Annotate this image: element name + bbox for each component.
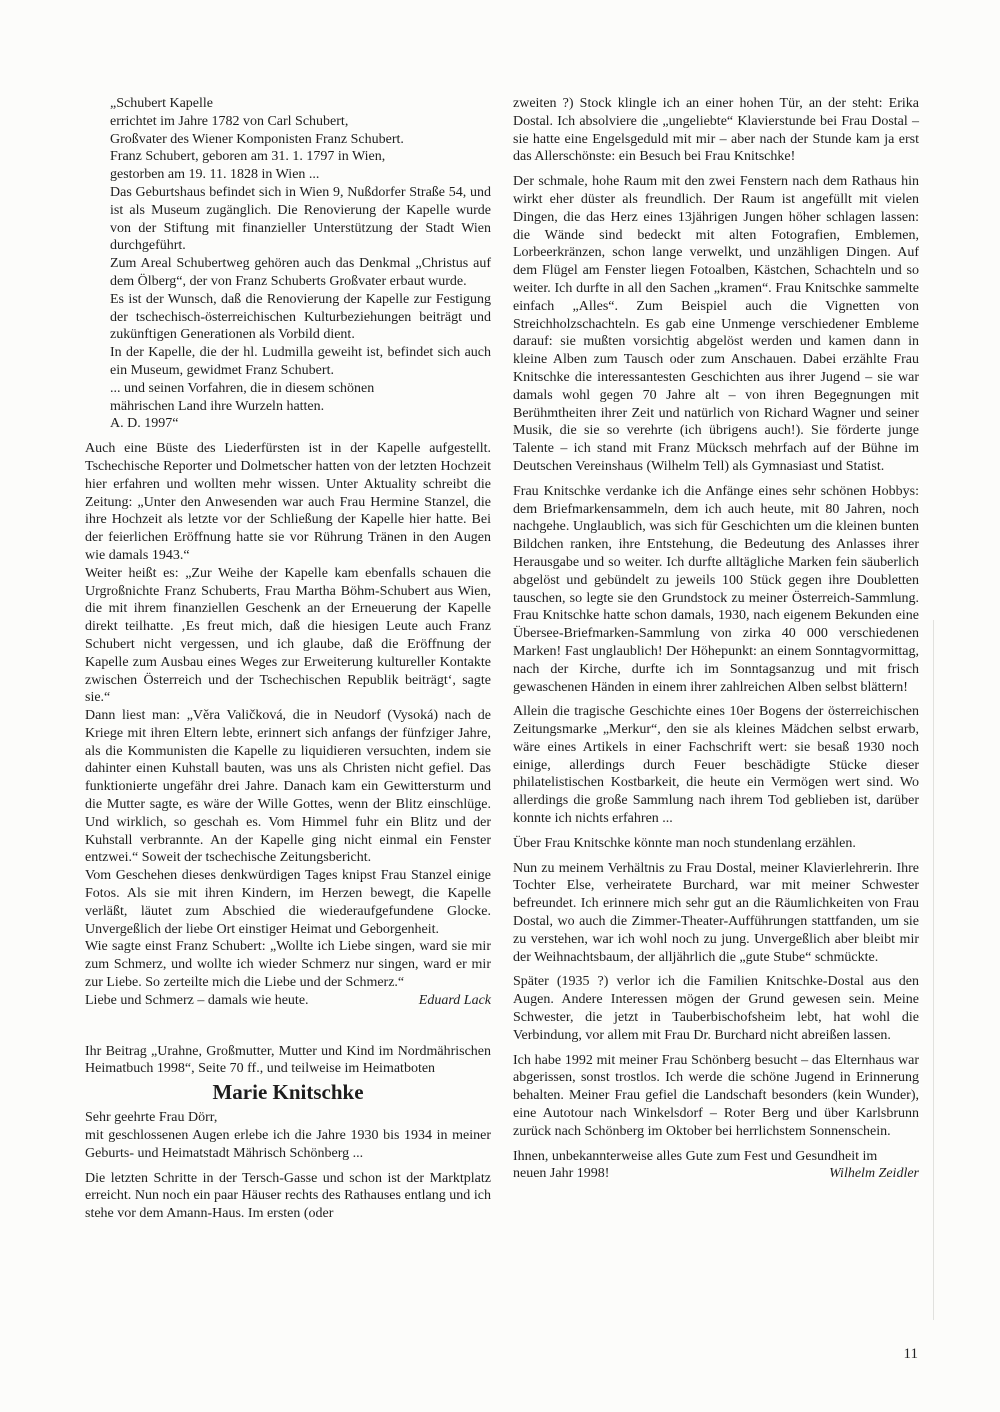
author-name: Wilhelm Zeidler: [817, 1165, 919, 1183]
quote-line: Großvater des Wiener Komponisten Franz S…: [110, 131, 491, 149]
quote-line: Es ist der Wunsch, daß die Renovierung d…: [110, 291, 491, 344]
letter-signature-row: neuen Jahr 1998! Wilhelm Zeidler: [513, 1165, 919, 1183]
page-number: 11: [904, 1346, 918, 1364]
quote-line: gestorben am 19. 11. 1828 in Wien ...: [110, 166, 491, 184]
quote-line: A. D. 1997“: [110, 415, 491, 433]
schubert-chapel-quote: „Schubert Kapelle errichtet im Jahre 178…: [85, 95, 491, 433]
quote-line: „Schubert Kapelle: [110, 95, 491, 113]
scan-artifact-line: [933, 620, 934, 1320]
signature-text: Liebe und Schmerz – damals wie heute.: [85, 992, 309, 1010]
section-heading: Marie Knitschke: [85, 1080, 491, 1104]
quote-line: Das Geburtshaus befindet sich in Wien 9,…: [110, 184, 491, 255]
letter-closing-line: Ihnen, unbekannterweise alles Gute zum F…: [513, 1148, 919, 1166]
paragraph: Auch eine Büste des Liederfürsten ist in…: [85, 440, 491, 565]
paragraph: Allein die tragische Geschichte eines 10…: [513, 703, 919, 828]
paragraph: Frau Knitschke verdanke ich die Anfänge …: [513, 483, 919, 697]
paragraph: Ich habe 1992 mit meiner Frau Schönberg …: [513, 1052, 919, 1141]
letter-paragraph: Die letzten Schritte in der Tersch-Gasse…: [85, 1170, 491, 1223]
closing-text: neuen Jahr 1998!: [513, 1165, 609, 1183]
letter-opening-paragraph: mit geschlossenen Augen erlebe ich die J…: [85, 1127, 491, 1163]
paragraph: zweiten ?) Stock klingle ich an einer ho…: [513, 95, 919, 166]
paragraph: Der schmale, hohe Raum mit den zwei Fens…: [513, 173, 919, 476]
quote-line: ... und seinen Vorfahren, die in diesem …: [110, 380, 491, 398]
right-column: zweiten ?) Stock klingle ich an einer ho…: [513, 95, 919, 1223]
left-column: „Schubert Kapelle errichtet im Jahre 178…: [85, 95, 491, 1223]
paragraph: Vom Geschehen dieses denkwürdigen Tages …: [85, 867, 491, 938]
quote-line: Zum Areal Schubertweg gehören auch das D…: [110, 255, 491, 291]
scanned-document-page: „Schubert Kapelle errichtet im Jahre 178…: [0, 0, 1000, 1412]
paragraph: Weiter heißt es: „Zur Weihe der Kapelle …: [85, 565, 491, 707]
contribution-note: Ihr Beitrag „Urahne, Großmutter, Mutter …: [85, 1043, 491, 1079]
two-column-text-area: „Schubert Kapelle errichtet im Jahre 178…: [85, 95, 919, 1223]
paragraph: Dann liest man: „Věra Valičková, die in …: [85, 707, 491, 867]
paragraph: Nun zu meinem Verhältnis zu Frau Dostal,…: [513, 860, 919, 967]
letter-salutation: Sehr geehrte Frau Dörr,: [85, 1109, 491, 1127]
quote-line: errichtet im Jahre 1782 von Carl Schuber…: [110, 113, 491, 131]
paragraph: Wie sagte einst Franz Schubert: „Wollte …: [85, 938, 491, 991]
quote-line: In der Kapelle, die der hl. Ludmilla gew…: [110, 344, 491, 380]
quote-line: mährischen Land ihre Wurzeln hatten.: [110, 398, 491, 416]
article-signature-row: Liebe und Schmerz – damals wie heute. Ed…: [85, 992, 491, 1010]
quote-line: Franz Schubert, geboren am 31. 1. 1797 i…: [110, 148, 491, 166]
paragraph: Später (1935 ?) verlor ich die Familien …: [513, 973, 919, 1044]
paragraph: Über Frau Knitschke könnte man noch stun…: [513, 835, 919, 853]
author-name: Eduard Lack: [407, 992, 491, 1010]
